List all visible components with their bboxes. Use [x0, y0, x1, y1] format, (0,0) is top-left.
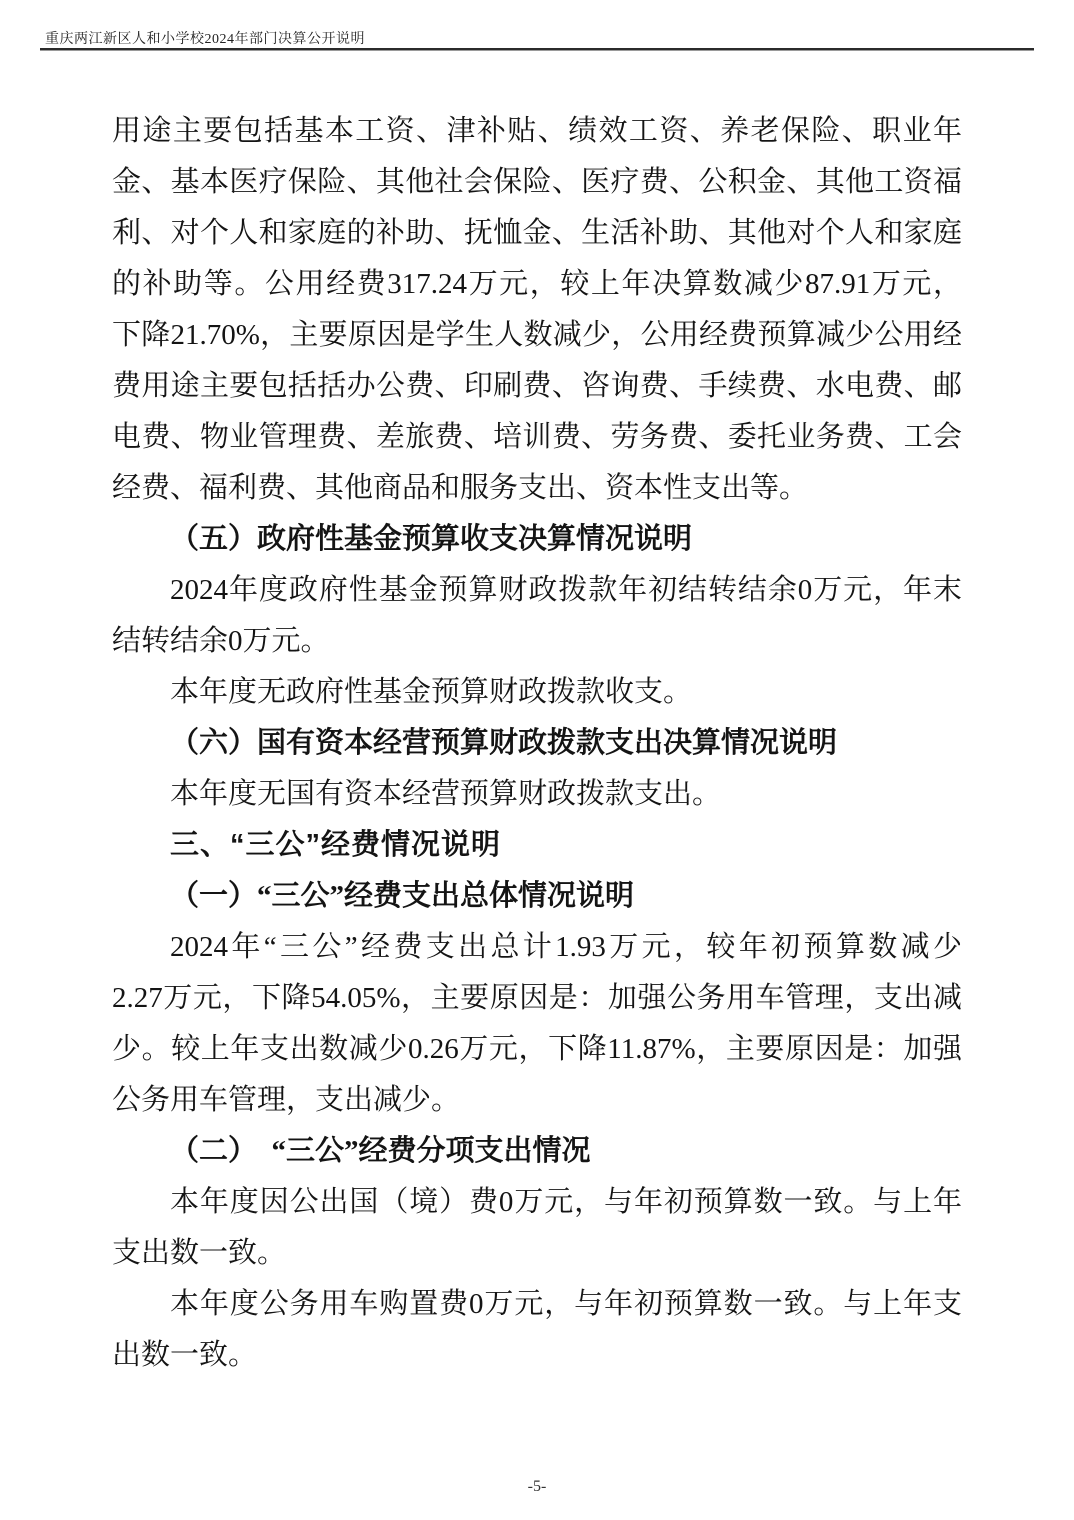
header-divider	[40, 48, 1034, 51]
body-text-line: 2.27万元，下降54.05%，主要原因是：加强公务用车管理，支出减	[112, 973, 962, 1024]
subheading-line: （二） “三公”经费分项支出情况	[112, 1126, 962, 1177]
body-text-line: 本年度公务用车购置费0万元，与年初预算数一致。与上年支	[112, 1279, 962, 1330]
body-text-line: 本年度无国有资本经营预算财政拨款支出。	[112, 769, 962, 820]
document-page: { "header": { "title": "重庆两江新区人和小学校2024年…	[0, 0, 1074, 1520]
body-text-line: 经费、福利费、其他商品和服务支出、资本性支出等。	[112, 463, 962, 514]
body-text-line: 本年度因公出国（境）费0万元，与年初预算数一致。与上年	[112, 1177, 962, 1228]
body-text-line: 结转结余0万元。	[112, 616, 962, 667]
body-text-line: 支出数一致。	[112, 1228, 962, 1279]
body-text-line: 金、基本医疗保险、其他社会保险、医疗费、公积金、其他工资福	[112, 157, 962, 208]
body-text-line: 的补助等。公用经费317.24万元，较上年决算数减少87.91万元，	[112, 259, 962, 310]
body-text-line: 用途主要包括基本工资、津补贴、绩效工资、养老保险、职业年	[112, 106, 962, 157]
subheading-line: （六）国有资本经营预算财政拨款支出决算情况说明	[112, 718, 962, 769]
subheading-line: （一）“三公”经费支出总体情况说明	[112, 871, 962, 922]
body-text-line: 利、对个人和家庭的补助、抚恤金、生活补助、其他对个人和家庭	[112, 208, 962, 259]
subheading-line: （五）政府性基金预算收支决算情况说明	[112, 514, 962, 565]
body-text-line: 费用途主要包括括办公费、印刷费、咨询费、手续费、水电费、邮	[112, 361, 962, 412]
body-text-line: 公务用车管理，支出减少。	[112, 1075, 962, 1126]
body-text-line: 下降21.70%，主要原因是学生人数减少，公用经费预算减少公用经	[112, 310, 962, 361]
sectionheading-line: 三、“三公”经费情况说明	[112, 820, 962, 871]
page-header-title: 重庆两江新区人和小学校2024年部门决算公开说明	[45, 28, 365, 48]
body-text-line: 2024年度政府性基金预算财政拨款年初结转结余0万元，年末	[112, 565, 962, 616]
body-text-line: 少。较上年支出数减少0.26万元，下降11.87%，主要原因是：加强	[112, 1024, 962, 1075]
page-number: -5-	[0, 1478, 1074, 1496]
document-body: 用途主要包括基本工资、津补贴、绩效工资、养老保险、职业年金、基本医疗保险、其他社…	[112, 106, 962, 1381]
body-text-line: 电费、物业管理费、差旅费、培训费、劳务费、委托业务费、工会	[112, 412, 962, 463]
body-text-line: 2024年“三公”经费支出总计1.93万元，较年初预算数减少	[112, 922, 962, 973]
body-text-line: 本年度无政府性基金预算财政拨款收支。	[112, 667, 962, 718]
body-text-line: 出数一致。	[112, 1330, 962, 1381]
